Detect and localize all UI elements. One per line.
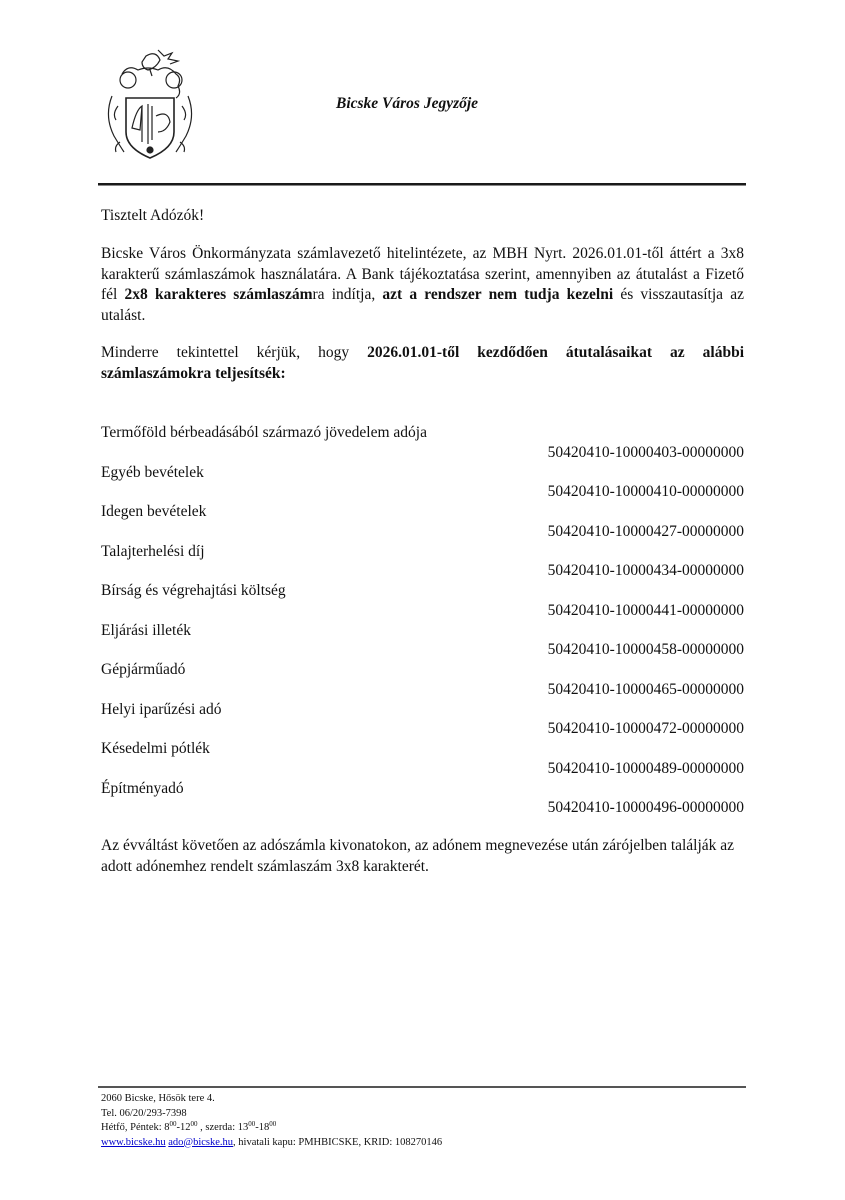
account-name: Egyéb bevételek — [101, 463, 204, 484]
account-name: Idegen bevételek — [101, 502, 206, 523]
account-number: 50420410-10000441-00000000 — [548, 601, 744, 622]
header-divider — [98, 183, 746, 185]
account-row: Bírság és végrehajtási költség50420410-1… — [101, 581, 744, 621]
account-number: 50420410-10000458-00000000 — [548, 640, 744, 661]
account-number: 50420410-10000410-00000000 — [548, 482, 744, 503]
account-name: Építményadó — [101, 779, 184, 800]
account-name: Helyi iparűzési adó — [101, 700, 222, 721]
account-name: Termőföld bérbeadásából származó jövedel… — [101, 423, 427, 444]
account-list: Termőföld bérbeadásából származó jövedel… — [101, 423, 744, 818]
closing-paragraph: Az évváltást követően az adószámla kivon… — [101, 836, 744, 877]
intro-paragraph: Bicske Város Önkormányzata számlavezető … — [101, 244, 744, 326]
account-row: Termőföld bérbeadásából származó jövedel… — [101, 423, 744, 463]
account-row: Idegen bevételek50420410-10000427-000000… — [101, 502, 744, 542]
account-number: 50420410-10000427-00000000 — [548, 522, 744, 543]
account-number: 50420410-10000403-00000000 — [548, 443, 744, 464]
account-row: Építményadó50420410-10000496-00000000 — [101, 779, 744, 819]
footer-contacts: www.bicske.hu ado@bicske.hu, hivatali ka… — [101, 1136, 442, 1151]
emphasis-rejection: azt a rendszer nem tudja kezelni — [382, 286, 613, 303]
account-row: Eljárási illeték50420410-10000458-000000… — [101, 621, 744, 661]
page-title: Bicske Város Jegyzője — [336, 95, 478, 113]
account-number: 50420410-10000465-00000000 — [548, 680, 744, 701]
footer: 2060 Bicske, Hősök tere 4. Tel. 06/20/29… — [101, 1092, 442, 1150]
website-link[interactable]: www.bicske.hu — [101, 1137, 166, 1148]
account-name: Eljárási illeték — [101, 621, 191, 642]
account-row: Gépjárműadó50420410-10000465-00000000 — [101, 660, 744, 700]
account-row: Talajterhelési díj50420410-10000434-0000… — [101, 542, 744, 582]
account-name: Gépjárműadó — [101, 660, 185, 681]
account-number: 50420410-10000489-00000000 — [548, 759, 744, 780]
coat-of-arms-icon — [98, 46, 202, 164]
footer-divider — [98, 1086, 746, 1088]
account-number: 50420410-10000496-00000000 — [548, 798, 744, 819]
account-number: 50420410-10000472-00000000 — [548, 719, 744, 740]
account-row: Helyi iparűzési adó50420410-10000472-000… — [101, 700, 744, 740]
greeting: Tisztelt Adózók! — [101, 206, 204, 227]
account-name: Késedelmi pótlék — [101, 739, 210, 760]
request-paragraph: Minderre tekintettel kérjük, hogy 2026.0… — [101, 343, 744, 384]
account-name: Talajterhelési díj — [101, 542, 205, 563]
footer-address: 2060 Bicske, Hősök tere 4. — [101, 1092, 442, 1107]
account-row: Egyéb bevételek50420410-10000410-0000000… — [101, 463, 744, 503]
email-link[interactable]: ado@bicske.hu — [168, 1137, 233, 1148]
account-row: Késedelmi pótlék50420410-10000489-000000… — [101, 739, 744, 779]
footer-phone: Tel. 06/20/293-7398 — [101, 1107, 442, 1122]
account-number: 50420410-10000434-00000000 — [548, 561, 744, 582]
footer-hours: Hétfő, Péntek: 800-1200 , szerda: 1300-1… — [101, 1121, 442, 1136]
account-name: Bírság és végrehajtási költség — [101, 581, 286, 602]
emphasis-2x8: 2x8 karakteres számlaszám — [125, 286, 313, 303]
